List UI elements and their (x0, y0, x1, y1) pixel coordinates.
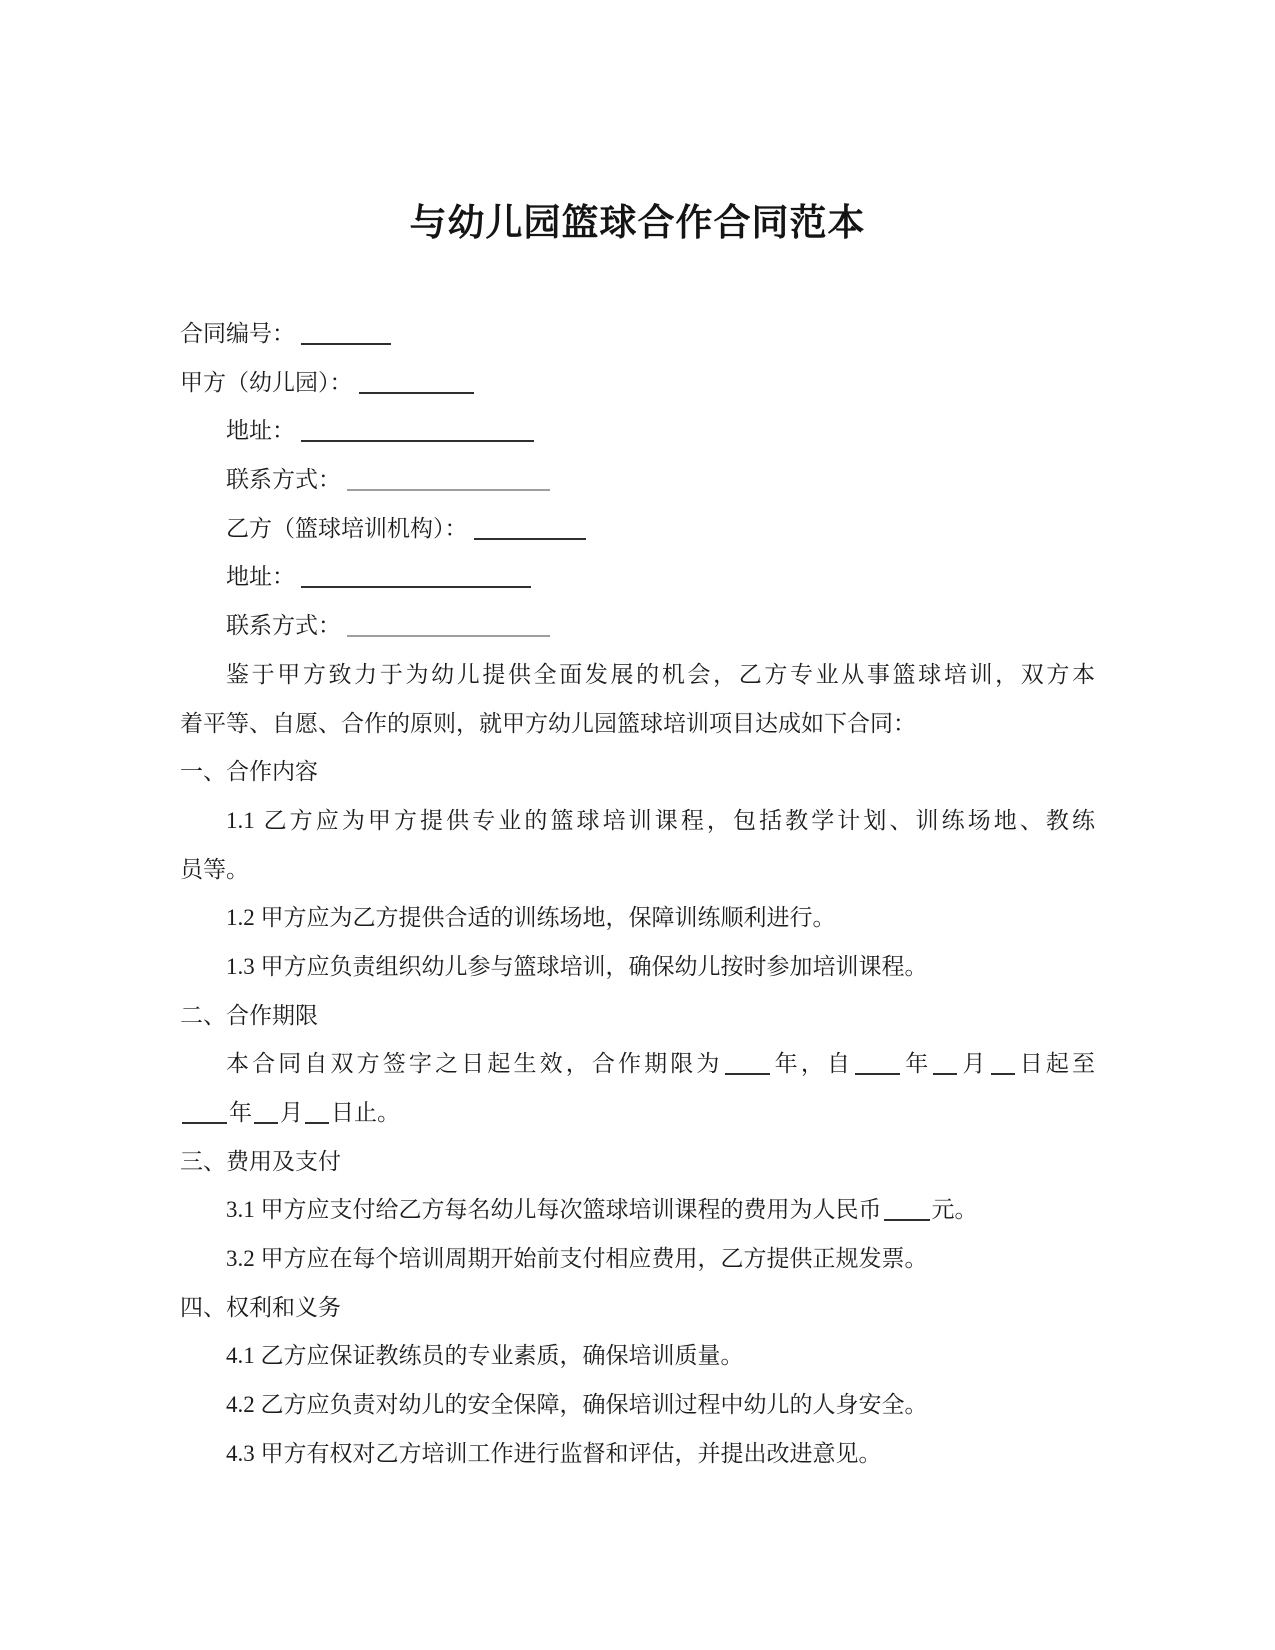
blank-underline (347, 631, 550, 637)
blank-underline (855, 1069, 900, 1075)
blank-underline (254, 1118, 278, 1124)
text-segment: 4.1 乙方应保证教练员的专业素质，确保培训质量。 (226, 1343, 744, 1368)
clause-2-body-line-1: 本合同自双方签字之日起生效，合作期限为年，自年月日起至 (180, 1040, 1095, 1089)
text-segment: 一、合作内容 (180, 759, 318, 784)
clause-4-3: 4.3 甲方有权对乙方培训工作进行监督和评估，并提出改进意见。 (180, 1430, 1095, 1479)
blank-underline (933, 1069, 957, 1075)
preamble-line-2: 着平等、自愿、合作的原则，就甲方幼儿园篮球培训项目达成如下合同： (180, 700, 1095, 749)
section-2-heading: 二、合作期限 (180, 992, 1095, 1041)
section-1-heading: 一、合作内容 (180, 748, 1095, 797)
text-segment: 3.2 甲方应在每个培训周期开始前支付相应费用，乙方提供正规发票。 (226, 1246, 928, 1271)
section-4-heading: 四、权利和义务 (180, 1284, 1095, 1333)
clause-4-1: 4.1 乙方应保证教练员的专业素质，确保培训质量。 (180, 1332, 1095, 1381)
document-body: 合同编号：甲方（幼儿园）：地址：联系方式：乙方（篮球培训机构）：地址：联系方式：… (180, 310, 1095, 1479)
party-a-contact-line: 联系方式： (180, 456, 1095, 505)
blank-underline (301, 339, 391, 345)
blank-underline (301, 436, 534, 442)
text-segment: 年，自 (772, 1051, 854, 1076)
blank-underline (347, 485, 550, 491)
clause-2-body-line-2: 年月日止。 (180, 1089, 1095, 1138)
text-segment: 元。 (932, 1197, 978, 1222)
section-3-heading: 三、费用及支付 (180, 1138, 1095, 1187)
blank-underline (725, 1069, 770, 1075)
text-segment: 鉴于甲方致力于为幼儿提供全面发展的机会，乙方专业从事篮球培训，双方本 (226, 662, 1095, 687)
text-segment: 二、合作期限 (180, 1003, 318, 1028)
text-segment: 三、费用及支付 (180, 1149, 341, 1174)
text-segment: 年 (229, 1100, 252, 1125)
blank-underline (474, 534, 586, 540)
text-segment: 地址： (226, 564, 295, 589)
blank-underline (301, 582, 531, 588)
clause-1-2: 1.2 甲方应为乙方提供合适的训练场地，保障训练顺利进行。 (180, 894, 1095, 943)
blank-underline (991, 1069, 1015, 1075)
clause-3-2: 3.2 甲方应在每个培训周期开始前支付相应费用，乙方提供正规发票。 (180, 1235, 1095, 1284)
party-b-address-line: 地址： (180, 553, 1095, 602)
blank-underline (884, 1215, 930, 1221)
text-segment: 1.1 乙方应为甲方提供专业的篮球培训课程，包括教学计划、训练场地、教练 (226, 808, 1095, 833)
text-segment: 合同编号： (180, 321, 295, 346)
blank-underline (182, 1118, 227, 1124)
blank-underline (305, 1118, 329, 1124)
party-a-line: 甲方（幼儿园）： (180, 359, 1095, 408)
clause-3-1: 3.1 甲方应支付给乙方每名幼儿每次篮球培训课程的费用为人民币元。 (180, 1186, 1095, 1235)
clause-1-1-line-2: 员等。 (180, 846, 1095, 895)
text-segment: 年 (902, 1051, 931, 1076)
text-segment: 联系方式： (226, 467, 341, 492)
party-a-address-line: 地址： (180, 407, 1095, 456)
clause-1-1-line-1: 1.1 乙方应为甲方提供专业的篮球培训课程，包括教学计划、训练场地、教练 (180, 797, 1095, 846)
text-segment: 四、权利和义务 (180, 1295, 341, 1320)
text-segment: 着平等、自愿、合作的原则，就甲方幼儿园篮球培训项目达成如下合同： (180, 711, 916, 736)
clause-4-2: 4.2 乙方应负责对幼儿的安全保障，确保培训过程中幼儿的人身安全。 (180, 1381, 1095, 1430)
text-segment: 月 (280, 1100, 303, 1125)
contract-page: 与幼儿园篮球合作合同范本 合同编号：甲方（幼儿园）：地址：联系方式：乙方（篮球培… (0, 0, 1275, 1650)
text-segment: 4.2 乙方应负责对幼儿的安全保障，确保培训过程中幼儿的人身安全。 (226, 1392, 928, 1417)
text-segment: 员等。 (180, 857, 249, 882)
clause-1-3: 1.3 甲方应负责组织幼儿参与篮球培训，确保幼儿按时参加培训课程。 (180, 943, 1095, 992)
text-segment: 联系方式： (226, 613, 341, 638)
contract-number-line: 合同编号： (180, 310, 1095, 359)
text-segment: 本合同自双方签字之日起生效，合作期限为 (226, 1051, 723, 1076)
text-segment: 1.3 甲方应负责组织幼儿参与篮球培训，确保幼儿按时参加培训课程。 (226, 954, 928, 979)
text-segment: 地址： (226, 418, 295, 443)
text-segment: 3.1 甲方应支付给乙方每名幼儿每次篮球培训课程的费用为人民币 (226, 1197, 882, 1222)
party-b-contact-line: 联系方式： (180, 602, 1095, 651)
text-segment: 甲方（幼儿园）： (180, 370, 353, 395)
document-title: 与幼儿园篮球合作合同范本 (0, 192, 1275, 246)
preamble-line-1: 鉴于甲方致力于为幼儿提供全面发展的机会，乙方专业从事篮球培训，双方本 (180, 651, 1095, 700)
text-segment: 日止。 (331, 1100, 400, 1125)
text-segment: 月 (959, 1051, 988, 1076)
text-segment: 4.3 甲方有权对乙方培训工作进行监督和评估，并提出改进意见。 (226, 1441, 882, 1466)
blank-underline (359, 388, 474, 394)
text-segment: 1.2 甲方应为乙方提供合适的训练场地，保障训练顺利进行。 (226, 905, 836, 930)
party-b-line: 乙方（篮球培训机构）： (180, 505, 1095, 554)
text-segment: 日起至 (1017, 1051, 1095, 1076)
text-segment: 乙方（篮球培训机构）： (226, 516, 468, 541)
